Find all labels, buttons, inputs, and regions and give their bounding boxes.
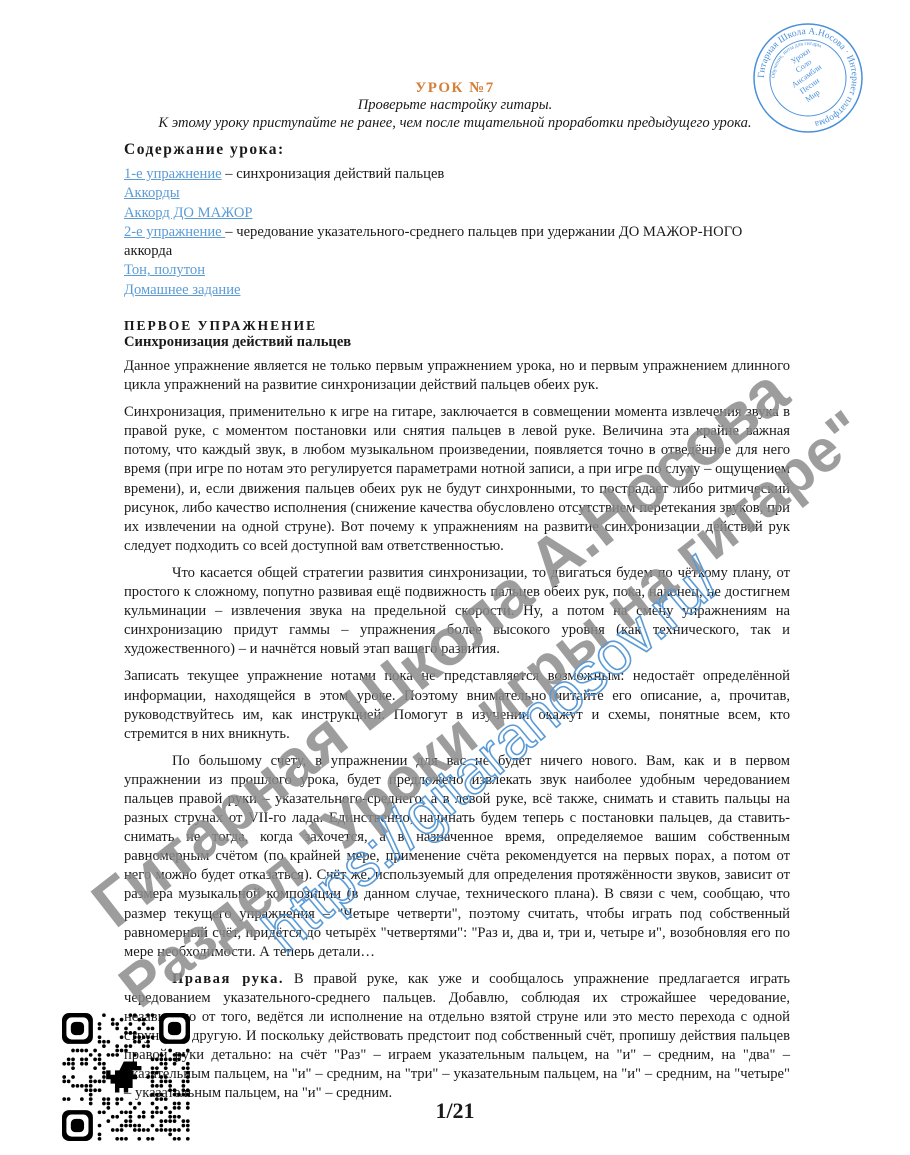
paragraph-right-hand: Правая рука. В правой руке, как уже и со… (124, 970, 790, 1104)
paragraph: Записать текущее упражнение нотами пока … (124, 667, 790, 743)
toc-item: Тон, полутон (124, 261, 790, 280)
toc-link-homework[interactable]: Домашнее задание (124, 282, 240, 298)
toc-item: Домашнее задание (124, 281, 790, 300)
document-page: Гитарная Школа А.Носова · Интернет платф… (0, 0, 910, 1155)
tuning-note: Проверьте настройку гитары. (0, 97, 910, 114)
prerequisite-note: К этому уроку приступайте не ранее, чем … (0, 115, 910, 132)
lesson-title: УРОК №7 (0, 80, 910, 97)
paragraph: Синхронизация, применительно к игре на г… (124, 403, 790, 556)
toc-item: Аккорды (124, 184, 790, 203)
toc-link-exercise-2[interactable]: 2-е упражнение (124, 224, 225, 240)
toc-link-chords[interactable]: Аккорды (124, 185, 180, 201)
paragraph: Данное упражнение является не только пер… (124, 357, 790, 395)
paragraph: По большому счету, в упражнении для вас … (124, 752, 790, 962)
toc-item: Аккорд ДО МАЖОР (124, 204, 790, 223)
toc-link-tone-semitone[interactable]: Тон, полутон (124, 262, 205, 278)
toc-item: 2-е упражнение – чередование указательно… (124, 223, 790, 262)
toc-link-c-major-chord[interactable]: Аккорд ДО МАЖОР (124, 205, 252, 221)
section-body: Данное упражнение является не только пер… (124, 357, 790, 1111)
toc-link-exercise-1[interactable]: 1-е упражнение (124, 166, 222, 182)
toc-item: 1-е упражнение – синхронизация действий … (124, 165, 790, 184)
section-heading: ПЕРВОЕ УПРАЖНЕНИЕ (124, 318, 317, 334)
page-number: 1/21 (0, 1098, 910, 1124)
toc-heading: Содержание урока: (124, 141, 285, 159)
paragraph: Что касается общей стратегии развития си… (124, 564, 790, 659)
table-of-contents: 1-е упражнение – синхронизация действий … (124, 165, 790, 300)
right-hand-label: Правая рука. (172, 971, 284, 987)
section-subheading: Синхронизация действий пальцев (124, 334, 351, 351)
